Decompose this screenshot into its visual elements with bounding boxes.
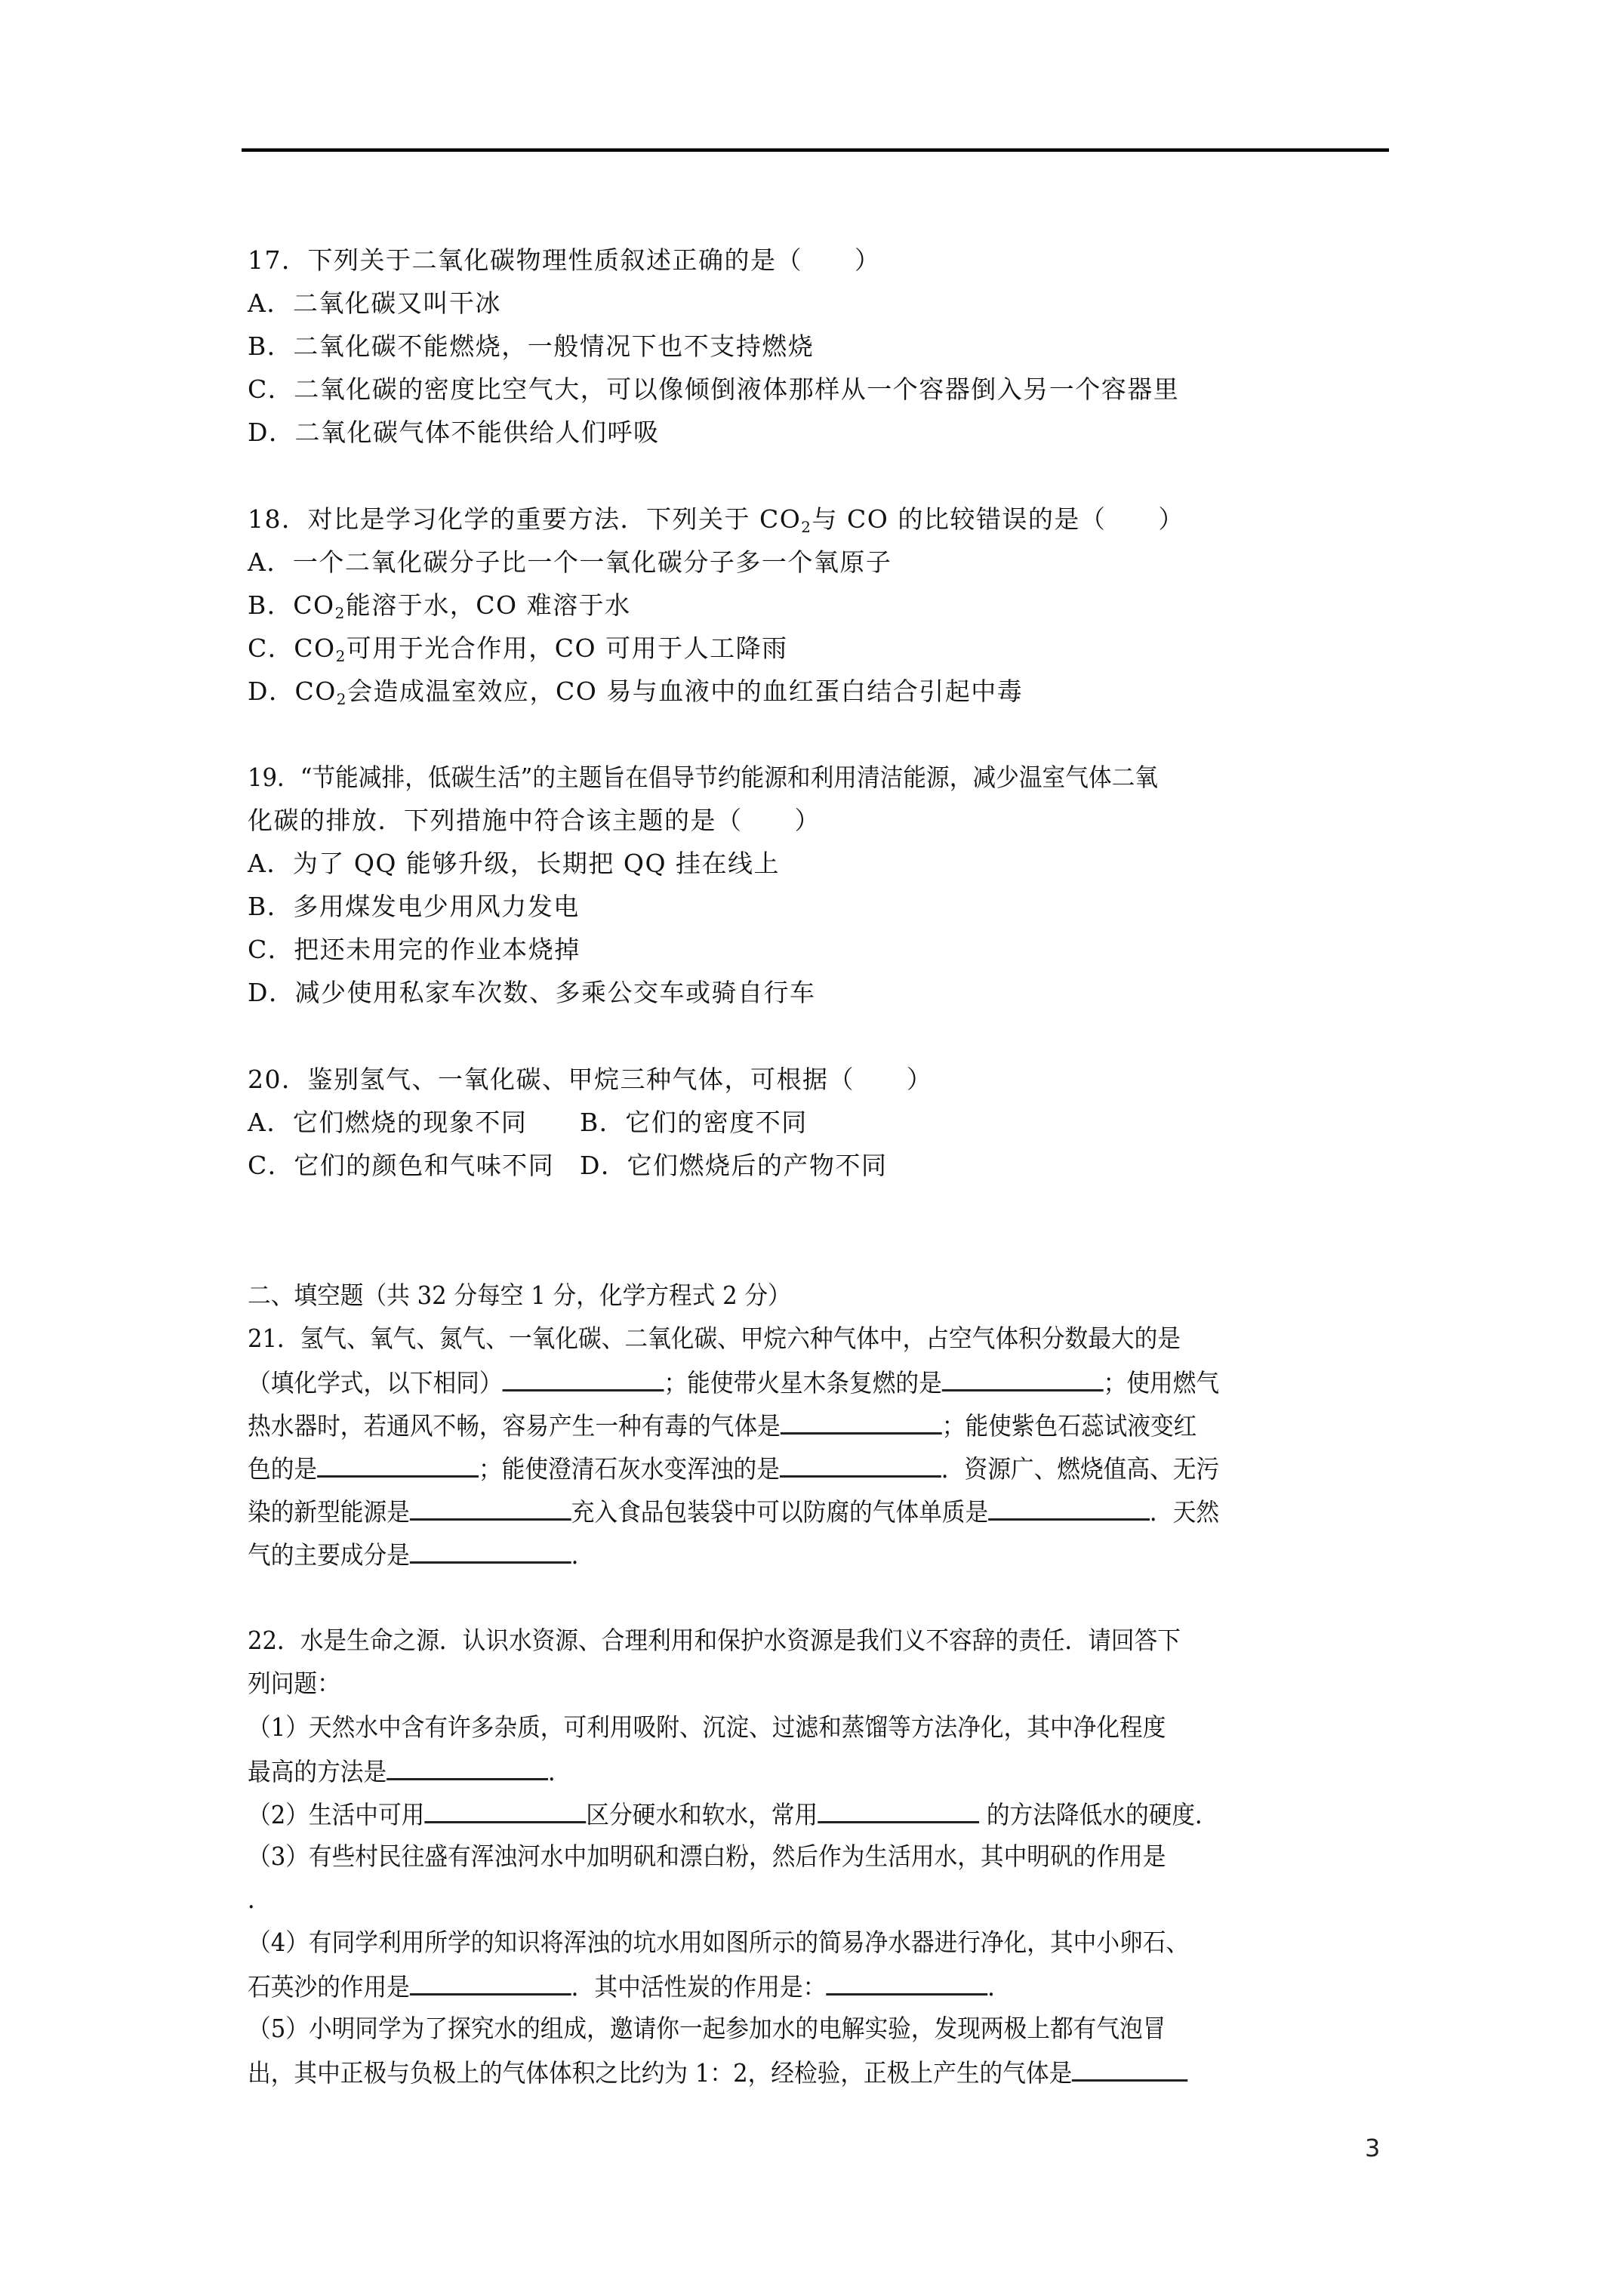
q18-stem-part2: 与 CO 的比较错误的是（ ） [812,504,1184,534]
q20-option-c: C．它们的颜色和气味不同 [248,1151,580,1181]
q21-text: ．资源广、燃烧值高、无污 [941,1454,1219,1484]
q22-text: 的方法降低水的硬度． [979,1800,1218,1829]
q17-option-a: A．二氧化碳又叫干冰 [248,288,501,319]
answer-blank[interactable] [781,1410,942,1435]
q18-option-b-pre: B．CO [248,590,335,620]
answer-blank[interactable] [317,1453,479,1478]
q22-text: ． [548,1757,571,1786]
answer-blank[interactable] [942,1367,1104,1391]
q17-stem: 17．下列关于二氧化碳物理性质叙述正确的是（ ） [248,245,881,276]
q20-option-b: B．它们的密度不同 [580,1108,808,1137]
q19-option-c: C．把还未用完的作业本烧掉 [248,935,581,965]
q21-line4: 色的是；能使澄清石灰水变浑浊的是．资源广、燃烧值高、无污 [248,1453,1219,1484]
q21-text: ；能使澄清石灰水变浑浊的是 [479,1454,780,1484]
q21-text: ；能使紫色石蕊试液变红 [942,1411,1197,1441]
q18-stem-subscript: 2 [801,518,811,536]
q22-text: 区分硬水和软水，常用 [586,1800,818,1829]
q18-stem: 18．对比是学习化学的重要方法．下列关于 CO2与 CO 的比较错误的是（ ） [248,504,1184,535]
q22-part1-line1: （1）天然水中含有许多杂质，可利用吸附、沉淀、过滤和蒸馏等方法净化，其中净化程度 [248,1712,1166,1743]
answer-blank[interactable] [818,1798,979,1823]
q19-option-a: A．为了 QQ 能够升级，长期把 QQ 挂在线上 [248,849,780,879]
q19-option-d: D．减少使用私家车次数、多乘公交车或骑自行车 [248,978,815,1008]
q21-text: ；使用燃气 [1104,1368,1219,1398]
q22-text: 出，其中正极与负极上的气体体积之比约为 1：2，经检验，正极上产生的气体是 [248,2058,1072,2088]
q21-text: 充入食品包装袋中可以防腐的气体单质是 [571,1497,988,1527]
q21-line6: 气的主要成分是． [248,1539,594,1570]
q20-stem: 20．鉴别氢气、一氧化碳、甲烷三种气体，可根据（ ） [248,1065,933,1095]
q21-text: （填化学式，以下相同） [248,1368,503,1398]
q18-option-c: C．CO2可用于光合作用，CO 可用于人工降雨 [248,633,788,664]
q18-option-d: D．CO2会造成温室效应，CO 易与血液中的血红蛋白结合引起中毒 [248,676,1023,707]
q21-line2: （填化学式，以下相同）；能使带火星木条复燃的是；使用燃气 [248,1367,1219,1398]
q20-option-a: A．它们燃烧的现象不同 [248,1108,580,1138]
q22-text: 石英沙的作用是 [248,1972,410,2002]
q21-text: ．天然 [1150,1497,1219,1527]
q18-option-c-post: 可用于光合作用，CO 可用于人工降雨 [346,633,788,663]
answer-blank[interactable] [826,1971,987,1996]
q22-part4-line2: 石英沙的作用是．其中活性炭的作用是：． [248,1971,1011,2002]
q21-text: ． [571,1540,595,1570]
q21-line1: 21．氢气、氧气、氮气、一氧化碳、二氧化碳、甲烷六种气体中，占空气体积分数最大的… [248,1324,1181,1354]
q18-stem-part1: 18．对比是学习化学的重要方法．下列关于 CO [248,504,801,534]
q17-option-b: B．二氧化碳不能燃烧，一般情况下也不支持燃烧 [248,331,814,362]
q19-stem-line2: 化碳的排放．下列措施中符合该主题的是（ ） [248,806,821,836]
q17-option-c: C．二氧化碳的密度比空气大，可以像倾倒液体那样从一个容器倒入另一个容器里 [248,374,1179,405]
q21-text: 热水器时，若通风不畅，容易产生一种有毒的气体是 [248,1411,781,1441]
q21-text: 色的是 [248,1454,317,1484]
q22-part3-line1: （3）有些村民往盛有浑浊河水中加明矾和漂白粉，然后作为生活用水，其中明矾的作用是 [248,1841,1166,1872]
answer-blank[interactable] [988,1496,1150,1521]
q18-option-d-pre: D．CO [248,676,337,706]
q18-option-b-post: 能溶于水，CO 难溶于水 [346,590,631,620]
q18-option-a-text: A．一个二氧化碳分子比一个一氧化碳分子多一个氧原子 [248,547,892,577]
page-number: 3 [1365,2134,1380,2162]
q20-options-row1: A．它们燃烧的现象不同B．它们的密度不同 [248,1108,808,1138]
answer-blank[interactable] [387,1755,548,1780]
q21-text: 气的主要成分是 [248,1540,410,1570]
q22-part5-line1: （5）小明同学为了探究水的组成，邀请你一起参加水的电解实验，发现两极上都有气泡冒 [248,2014,1166,2044]
q21-text: ；能使带火星木条复燃的是 [664,1368,941,1398]
q22-text: ．其中活性炭的作用是： [571,1972,827,2002]
q21-text: 染的新型能源是 [248,1497,410,1527]
q18-option-d-sub: 2 [337,690,347,708]
answer-blank[interactable] [780,1453,941,1478]
q19-option-b: B．多用煤发电少用风力发电 [248,892,580,922]
answer-blank[interactable] [1072,2057,1187,2082]
q22-text: ． [987,1972,1011,2002]
q21-line3: 热水器时，若通风不畅，容易产生一种有毒的气体是；能使紫色石蕊试液变红 [248,1410,1196,1441]
answer-blank[interactable] [424,1798,586,1823]
q18-option-d-post: 会造成温室效应，CO 易与血液中的血红蛋白结合引起中毒 [347,676,1023,706]
q17-option-d: D．二氧化碳气体不能供给人们呼吸 [248,418,659,448]
answer-blank[interactable] [410,1496,571,1521]
q18-option-a: A．一个二氧化碳分子比一个一氧化碳分子多一个氧原子 [248,547,892,578]
q22-part3-line2: ． [248,1885,271,1915]
q22-text: 最高的方法是 [248,1757,387,1786]
q22-part5-line2: 出，其中正极与负极上的气体体积之比约为 1：2，经检验，正极上产生的气体是 [248,2057,1188,2088]
q22-part4-line1: （4）有同学利用所学的知识将浑浊的坑水用如图所示的简易净水器进行净化，其中小卵石… [248,1928,1189,1958]
q22-line2: 列问题： [248,1669,340,1699]
answer-blank[interactable] [503,1367,664,1391]
q21-line5: 染的新型能源是充入食品包装袋中可以防腐的气体单质是．天然 [248,1496,1219,1527]
q18-option-b: B．CO2能溶于水，CO 难溶于水 [248,590,631,621]
q18-option-b-sub: 2 [335,604,346,622]
answer-blank[interactable] [410,1539,571,1564]
q22-part1-line2: 最高的方法是． [248,1755,571,1787]
q22-part2: （2）生活中可用区分硬水和软水，常用 的方法降低水的硬度． [248,1798,1218,1830]
q20-option-d: D．它们燃烧后的产物不同 [580,1151,887,1180]
q20-options-row2: C．它们的颜色和气味不同D．它们燃烧后的产物不同 [248,1151,887,1181]
section-title: 二、填空题（共 32 分每空 1 分，化学方程式 2 分） [248,1281,791,1311]
q18-option-c-sub: 2 [336,647,346,665]
q18-option-c-pre: C．CO [248,633,336,663]
q22-line1: 22．水是生命之源．认识水资源、合理利用和保护水资源是我们义不容辞的责任．请回答… [248,1626,1181,1656]
q19-stem-line1: 19．“节能减排，低碳生活”的主题旨在倡导节约能源和利用清洁能源，减少温室气体二… [248,763,1158,793]
header-rule [242,148,1389,152]
q22-text: （2）生活中可用 [248,1800,424,1829]
answer-blank[interactable] [410,1971,571,1996]
